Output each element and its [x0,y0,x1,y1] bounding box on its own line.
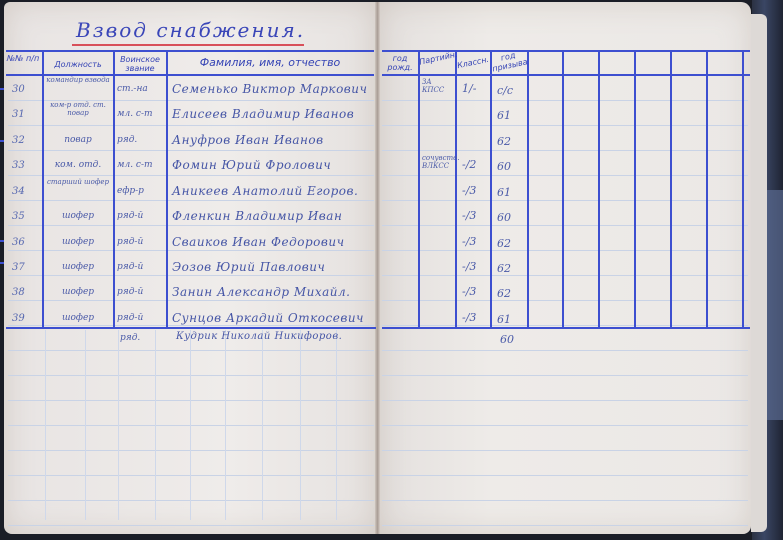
row-number: 36 [12,237,25,248]
faint-rule [382,450,748,451]
row-position: ком. отд. [44,160,112,170]
faint-vertical-rule [225,330,226,520]
faint-rule [8,225,374,226]
row-class: -/3 [462,209,476,222]
row-number: 32 [12,135,25,146]
faint-rule [382,125,748,126]
row-name: Семенько Виктор Маркович [172,82,367,96]
row-rank: ст.-на [117,84,148,94]
faint-rule [8,450,374,451]
row-class: -/3 [462,311,476,324]
faint-rule [382,200,748,201]
row-number: 34 [12,186,25,197]
extra-row-call-year: 60 [500,333,514,346]
faint-vertical-rule [262,330,263,520]
faint-rule [382,425,748,426]
row-call-year: 62 [497,237,511,250]
grid-column-line [166,50,168,328]
faint-rule [8,400,374,401]
faint-vertical-rule [300,330,301,520]
grid-column-line [113,50,115,328]
faint-rule [382,350,748,351]
row-class: 1/- [462,82,476,95]
faint-rule [382,375,748,376]
faint-vertical-rule [45,330,46,520]
header-name: Фамилия, имя, отчество [170,58,370,67]
grid-top-line-right [382,50,750,52]
header-no: №№ п/п [6,54,40,63]
grid-column-line-right [706,50,708,328]
faint-vertical-rule [85,330,86,520]
grid-column-line-right [562,50,564,328]
faint-rule [8,175,374,176]
row-rank: мл. с-т [117,160,153,170]
faint-rule [382,150,748,151]
row-call-year: 62 [497,287,511,300]
grid-column-line-right [670,50,672,328]
faint-rule [8,350,374,351]
extra-row-rank: ряд. [120,333,140,343]
grid-top-line [6,50,374,52]
row-class: -/2 [462,158,476,171]
row-number: 30 [12,84,25,95]
faint-vertical-rule [190,330,191,520]
row-number: 33 [12,160,25,171]
row-call-year: 61 [497,186,511,199]
page-title: Взвод снабжения. [76,18,305,42]
margin-ink-mark [0,88,4,90]
row-name: Елисеев Владимир Иванов [172,107,354,121]
faint-rule [382,275,748,276]
row-name: Эозов Юрий Павлович [172,260,325,274]
faint-rule [382,300,748,301]
row-party: сочувств. ВЛКСС [422,154,456,170]
row-position: ком-р отд. ст. повар [44,101,112,117]
faint-rule [8,375,374,376]
row-name: Сваиков Иван Федорович [172,235,345,249]
row-class: -/3 [462,260,476,273]
row-position: шофер [44,262,112,272]
header-position: Должность [44,60,112,69]
row-rank: ряд-й [117,313,143,323]
background-blue-object [765,190,783,420]
row-position: командир взвода [44,76,112,84]
row-name: Сунцов Аркадий Откосевич [172,311,364,325]
faint-rule [8,475,374,476]
row-number: 31 [12,109,25,120]
grid-bottom-line-right [382,327,750,329]
row-position: шофер [44,313,112,323]
row-call-year: 61 [497,109,511,122]
row-position: шофер [44,237,112,247]
faint-rule [8,425,374,426]
row-call-year: 62 [497,135,511,148]
faint-vertical-rule [155,330,156,520]
title-underline [72,44,304,46]
row-party: ЗА КПСС [422,78,456,94]
row-class: -/3 [462,235,476,248]
grid-bottom-line [6,327,376,329]
row-name: Аникеев Анатолий Егоров. [172,184,358,198]
grid-column-line-right [527,50,529,328]
row-class: -/3 [462,285,476,298]
notebook-gutter [375,2,380,534]
faint-rule [382,175,748,176]
row-position: старший шофер [44,178,112,186]
faint-rule [382,225,748,226]
row-number: 38 [12,287,25,298]
grid-column-line-right [742,50,744,328]
row-call-year: 61 [497,313,511,326]
faint-rule [8,500,374,501]
faint-rule [8,125,374,126]
faint-rule [382,400,748,401]
faint-rule [8,200,374,201]
grid-header-line-right [382,74,750,76]
faint-rule [382,100,748,101]
row-number: 35 [12,211,25,222]
faint-vertical-rule [336,330,337,520]
row-call-year: 62 [497,262,511,275]
faint-vertical-rule [118,330,119,520]
faint-rule [8,325,374,326]
row-call-year: 60 [497,160,511,173]
grid-column-line-right [490,50,492,328]
header-birth-year: год рожд. [382,54,418,72]
margin-ink-mark [0,262,4,264]
margin-ink-mark [0,140,4,142]
row-name: Занин Александр Михайл. [172,285,350,299]
faint-rule [8,250,374,251]
header-rank: Воинское звание [115,55,165,73]
row-name: Фленкин Владимир Иван [172,209,342,223]
row-position: шофер [44,287,112,297]
row-rank: мл. с-т [117,109,153,119]
row-class: -/3 [462,184,476,197]
faint-rule [8,275,374,276]
grid-column-line-right [634,50,636,328]
row-call-year: с/с [497,84,513,97]
faint-rule [8,300,374,301]
row-rank: ефр-р [117,186,144,196]
margin-ink-mark [0,240,4,242]
grid-column-line-right [598,50,600,328]
row-rank: ряд-й [117,262,143,272]
row-rank: ряд. [117,135,137,145]
row-rank: ряд-й [117,211,143,221]
page-edge-stack [751,14,767,532]
row-position: повар [44,135,112,145]
row-name: Ануфров Иван Иванов [172,133,324,147]
faint-rule [382,325,748,326]
row-position: шофер [44,211,112,221]
faint-rule [382,250,748,251]
row-number: 37 [12,262,25,273]
extra-row-name: Кудрик Николай Никифоров. [176,331,342,342]
row-rank: ряд-й [117,287,143,297]
row-call-year: 60 [497,211,511,224]
row-number: 39 [12,313,25,324]
grid-column-line-right [418,50,420,328]
row-rank: ряд-й [117,237,143,247]
faint-rule [382,475,748,476]
row-name: Фомин Юрий Фролович [172,158,331,172]
faint-rule [382,500,748,501]
faint-rule [8,525,374,526]
faint-rule [382,525,748,526]
faint-rule [8,150,374,151]
